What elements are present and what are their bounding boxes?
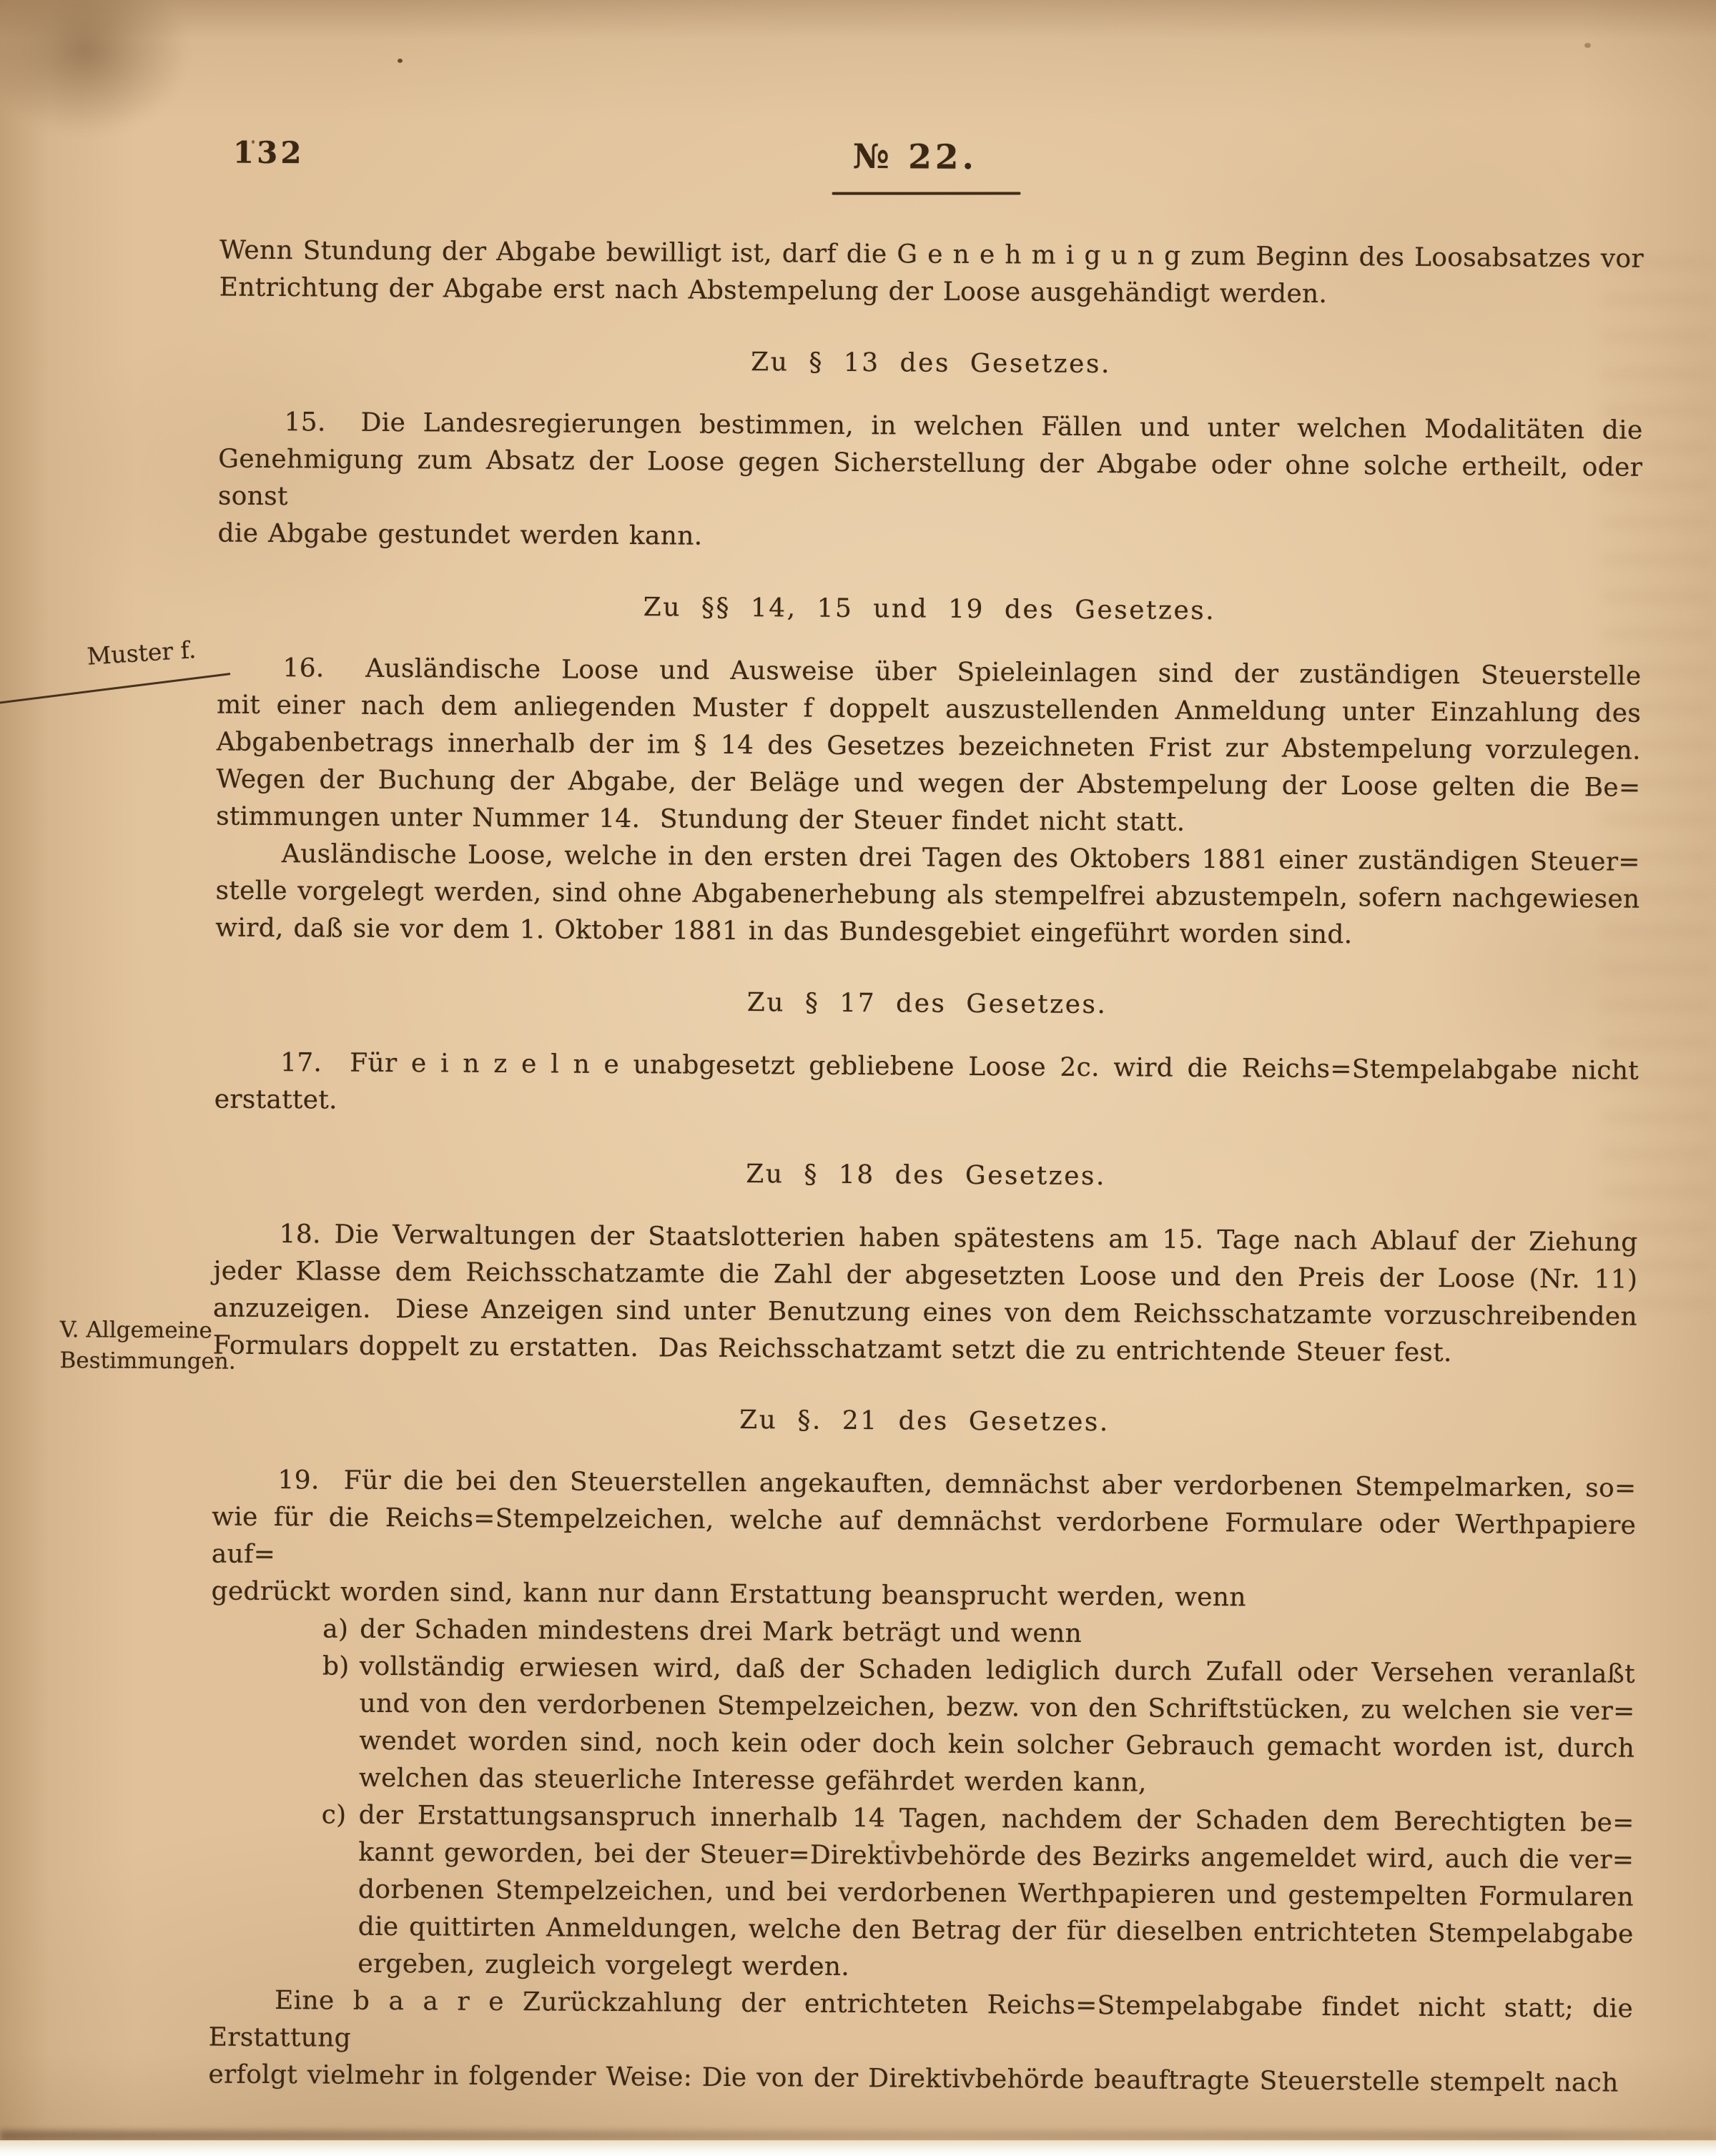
paragraph: Wenn Stundung der Abgabe bewilligt ist, … <box>220 232 1644 315</box>
text-line: ergeben, zugleich vorgelegt werden. <box>357 1946 1633 1991</box>
header-rule <box>832 192 1021 194</box>
paragraph: 18. Die Verwaltungen der Staatslotterien… <box>212 1215 1637 1373</box>
margin-note-muster: Muster f. <box>86 636 197 671</box>
margin-note-line: V. Allgemeine <box>60 1315 236 1347</box>
printed-sheet: 132 № 22. Muster f. V. Allgemeine Bestim… <box>0 0 1716 2156</box>
section-heading: Zu §. 21 des Gesetzes. <box>212 1398 1637 1444</box>
list-marker: a) <box>322 1611 348 1648</box>
list-marker: b) <box>322 1648 350 1685</box>
text-line: 17. Für e i n z e l n e unabgesetzt gebl… <box>214 1044 1639 1127</box>
text-line: Formulars doppelt zu erstatten. Das Reic… <box>212 1327 1637 1373</box>
section-heading: Zu § 18 des Gesetzes. <box>214 1153 1638 1199</box>
margin-note-allgemeine: V. Allgemeine Bestimmungen. <box>59 1315 236 1378</box>
issue-number-header: № 22. <box>853 137 978 177</box>
paragraph: 16. Ausländische Loose und Ausweise über… <box>216 650 1642 844</box>
text-line: wie für die Reichs=Stempelzeichen, welch… <box>212 1498 1637 1581</box>
text-line: die Abgabe gestundet werden kann. <box>217 515 1642 561</box>
margin-note-line: Bestimmungen. <box>59 1345 235 1378</box>
list-marker: c) <box>321 1796 346 1834</box>
list-item: b)vollständig erwiesen wird, daß der Sch… <box>210 1647 1635 1804</box>
list-item: c)der Erstattungsanspruch innerhalb 14 T… <box>209 1796 1634 1990</box>
text-line: Genehmigung zum Absatz der Loose gegen S… <box>218 441 1643 524</box>
document-text-block: Wenn Stundung der Abgabe bewilligt ist, … <box>208 232 1644 2102</box>
paragraph: 19. Für die bei den Steuerstellen angeka… <box>211 1461 1636 1618</box>
section-heading: Zu § 13 des Gesetzes. <box>219 341 1643 387</box>
paragraph: 15. Die Landesregierungen bestimmen, in … <box>217 404 1642 561</box>
clause-list: a)der Schaden mindestens drei Mark beträ… <box>209 1610 1635 1990</box>
text-line: Eine b a a r e Zurückzahlung der entrich… <box>209 1982 1634 2064</box>
section-heading: Zu § 17 des Gesetzes. <box>214 981 1639 1027</box>
page-number: 132 <box>233 135 305 171</box>
paragraph: Eine b a a r e Zurückzahlung der entrich… <box>208 1982 1633 2102</box>
text-line: erfolgt vielmehr in folgender Weise: Die… <box>208 2056 1632 2102</box>
margin-note-underline-stroke <box>0 673 230 704</box>
section-heading: Zu §§ 14, 15 und 19 des Gesetzes. <box>217 587 1642 633</box>
paragraph: Ausländische Loose, welche in den ersten… <box>215 836 1640 956</box>
paragraph: 17. Für e i n z e l n e unabgesetzt gebl… <box>214 1044 1639 1127</box>
